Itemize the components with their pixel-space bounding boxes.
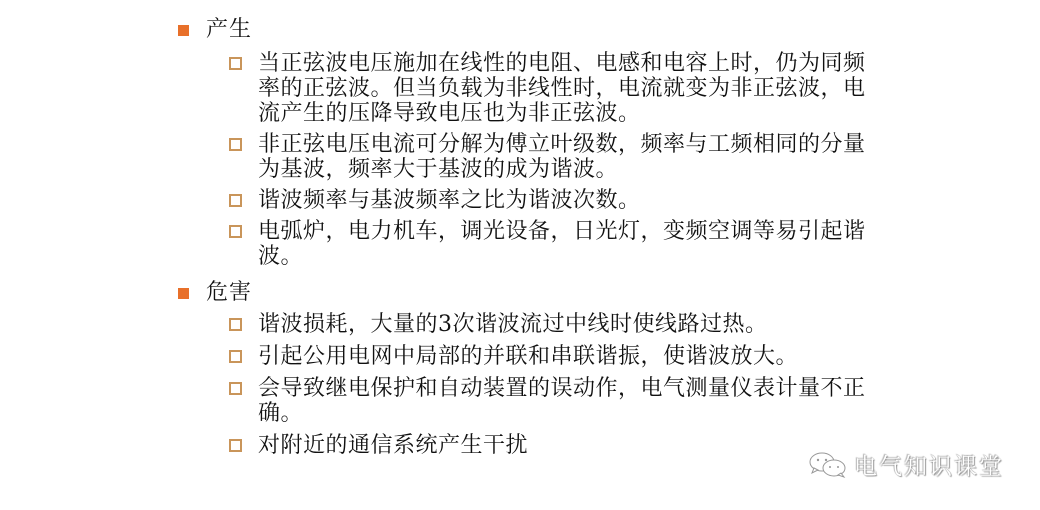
section-heading: 危害 bbox=[178, 278, 918, 308]
item-line: 当正弦波电压施加在线性的电阻、电感和电容上时，仍为同频 bbox=[258, 51, 918, 76]
hollow-square-bullet-icon bbox=[229, 318, 242, 331]
item-line: 会导致继电保护和自动装置的误动作，电气测量仪表计量不正 bbox=[258, 376, 918, 401]
item-line: 引起公用电网中局部的并联和串联谐振，使谐波放大。 bbox=[258, 344, 918, 369]
hollow-square-bullet-icon bbox=[229, 439, 242, 452]
item-line: 波。 bbox=[258, 244, 918, 269]
item-line: 率的正弦波。但当负载为非线性时，电流就变为非正弦波，电 bbox=[258, 76, 918, 101]
section-heading: 产生 bbox=[178, 15, 918, 45]
watermark-text: 电气知识课堂 bbox=[854, 448, 1004, 481]
list-item: 谐波频率与基波频率之比为谐波次数。 bbox=[229, 188, 918, 213]
wechat-icon bbox=[808, 451, 848, 479]
hollow-square-bullet-icon bbox=[229, 57, 242, 70]
hollow-square-bullet-icon bbox=[229, 194, 242, 207]
list-item: 引起公用电网中局部的并联和串联谐振，使谐波放大。 bbox=[229, 344, 918, 369]
hollow-square-bullet-icon bbox=[229, 350, 242, 363]
item-line: 电弧炉，电力机车，调光设备，日光灯，变频空调等易引起谐 bbox=[258, 219, 918, 244]
item-line: 非正弦电压电流可分解为傅立叶级数，频率与工频相同的分量 bbox=[258, 132, 918, 157]
section-title: 危害 bbox=[206, 278, 252, 308]
section-hazards: 危害 谐波损耗，大量的3次谐波流过中线时使线路过热。 引起公用电网中局部的并联和… bbox=[178, 278, 918, 458]
item-line: 谐波频率与基波频率之比为谐波次数。 bbox=[258, 188, 918, 213]
watermark: 电气知识课堂 bbox=[808, 448, 1004, 481]
list-item: 当正弦波电压施加在线性的电阻、电感和电容上时，仍为同频 率的正弦波。但当负载为非… bbox=[229, 51, 918, 126]
slide: 产生 当正弦波电压施加在线性的电阻、电感和电容上时，仍为同频 率的正弦波。但当负… bbox=[0, 0, 1040, 510]
item-line: 谐波损耗，大量的3次谐波流过中线时使线路过热。 bbox=[258, 312, 918, 337]
item-line: 流产生的压降导致电压也为非正弦波。 bbox=[258, 101, 918, 126]
hollow-square-bullet-icon bbox=[229, 382, 242, 395]
list-item: 会导致继电保护和自动装置的误动作，电气测量仪表计量不正 确。 bbox=[229, 376, 918, 426]
square-bullet-icon bbox=[178, 25, 189, 36]
hollow-square-bullet-icon bbox=[229, 225, 242, 238]
list-item: 谐波损耗，大量的3次谐波流过中线时使线路过热。 bbox=[229, 312, 918, 337]
list-item: 非正弦电压电流可分解为傅立叶级数，频率与工频相同的分量 为基波，频率大于基波的成… bbox=[229, 132, 918, 182]
section-generation: 产生 当正弦波电压施加在线性的电阻、电感和电容上时，仍为同频 率的正弦波。但当负… bbox=[178, 15, 918, 269]
item-line: 确。 bbox=[258, 401, 918, 426]
list-item: 电弧炉，电力机车，调光设备，日光灯，变频空调等易引起谐 波。 bbox=[229, 219, 918, 269]
hollow-square-bullet-icon bbox=[229, 138, 242, 151]
section-title: 产生 bbox=[206, 15, 252, 45]
item-line: 为基波，频率大于基波的成为谐波。 bbox=[258, 157, 918, 182]
square-bullet-icon bbox=[178, 288, 189, 299]
